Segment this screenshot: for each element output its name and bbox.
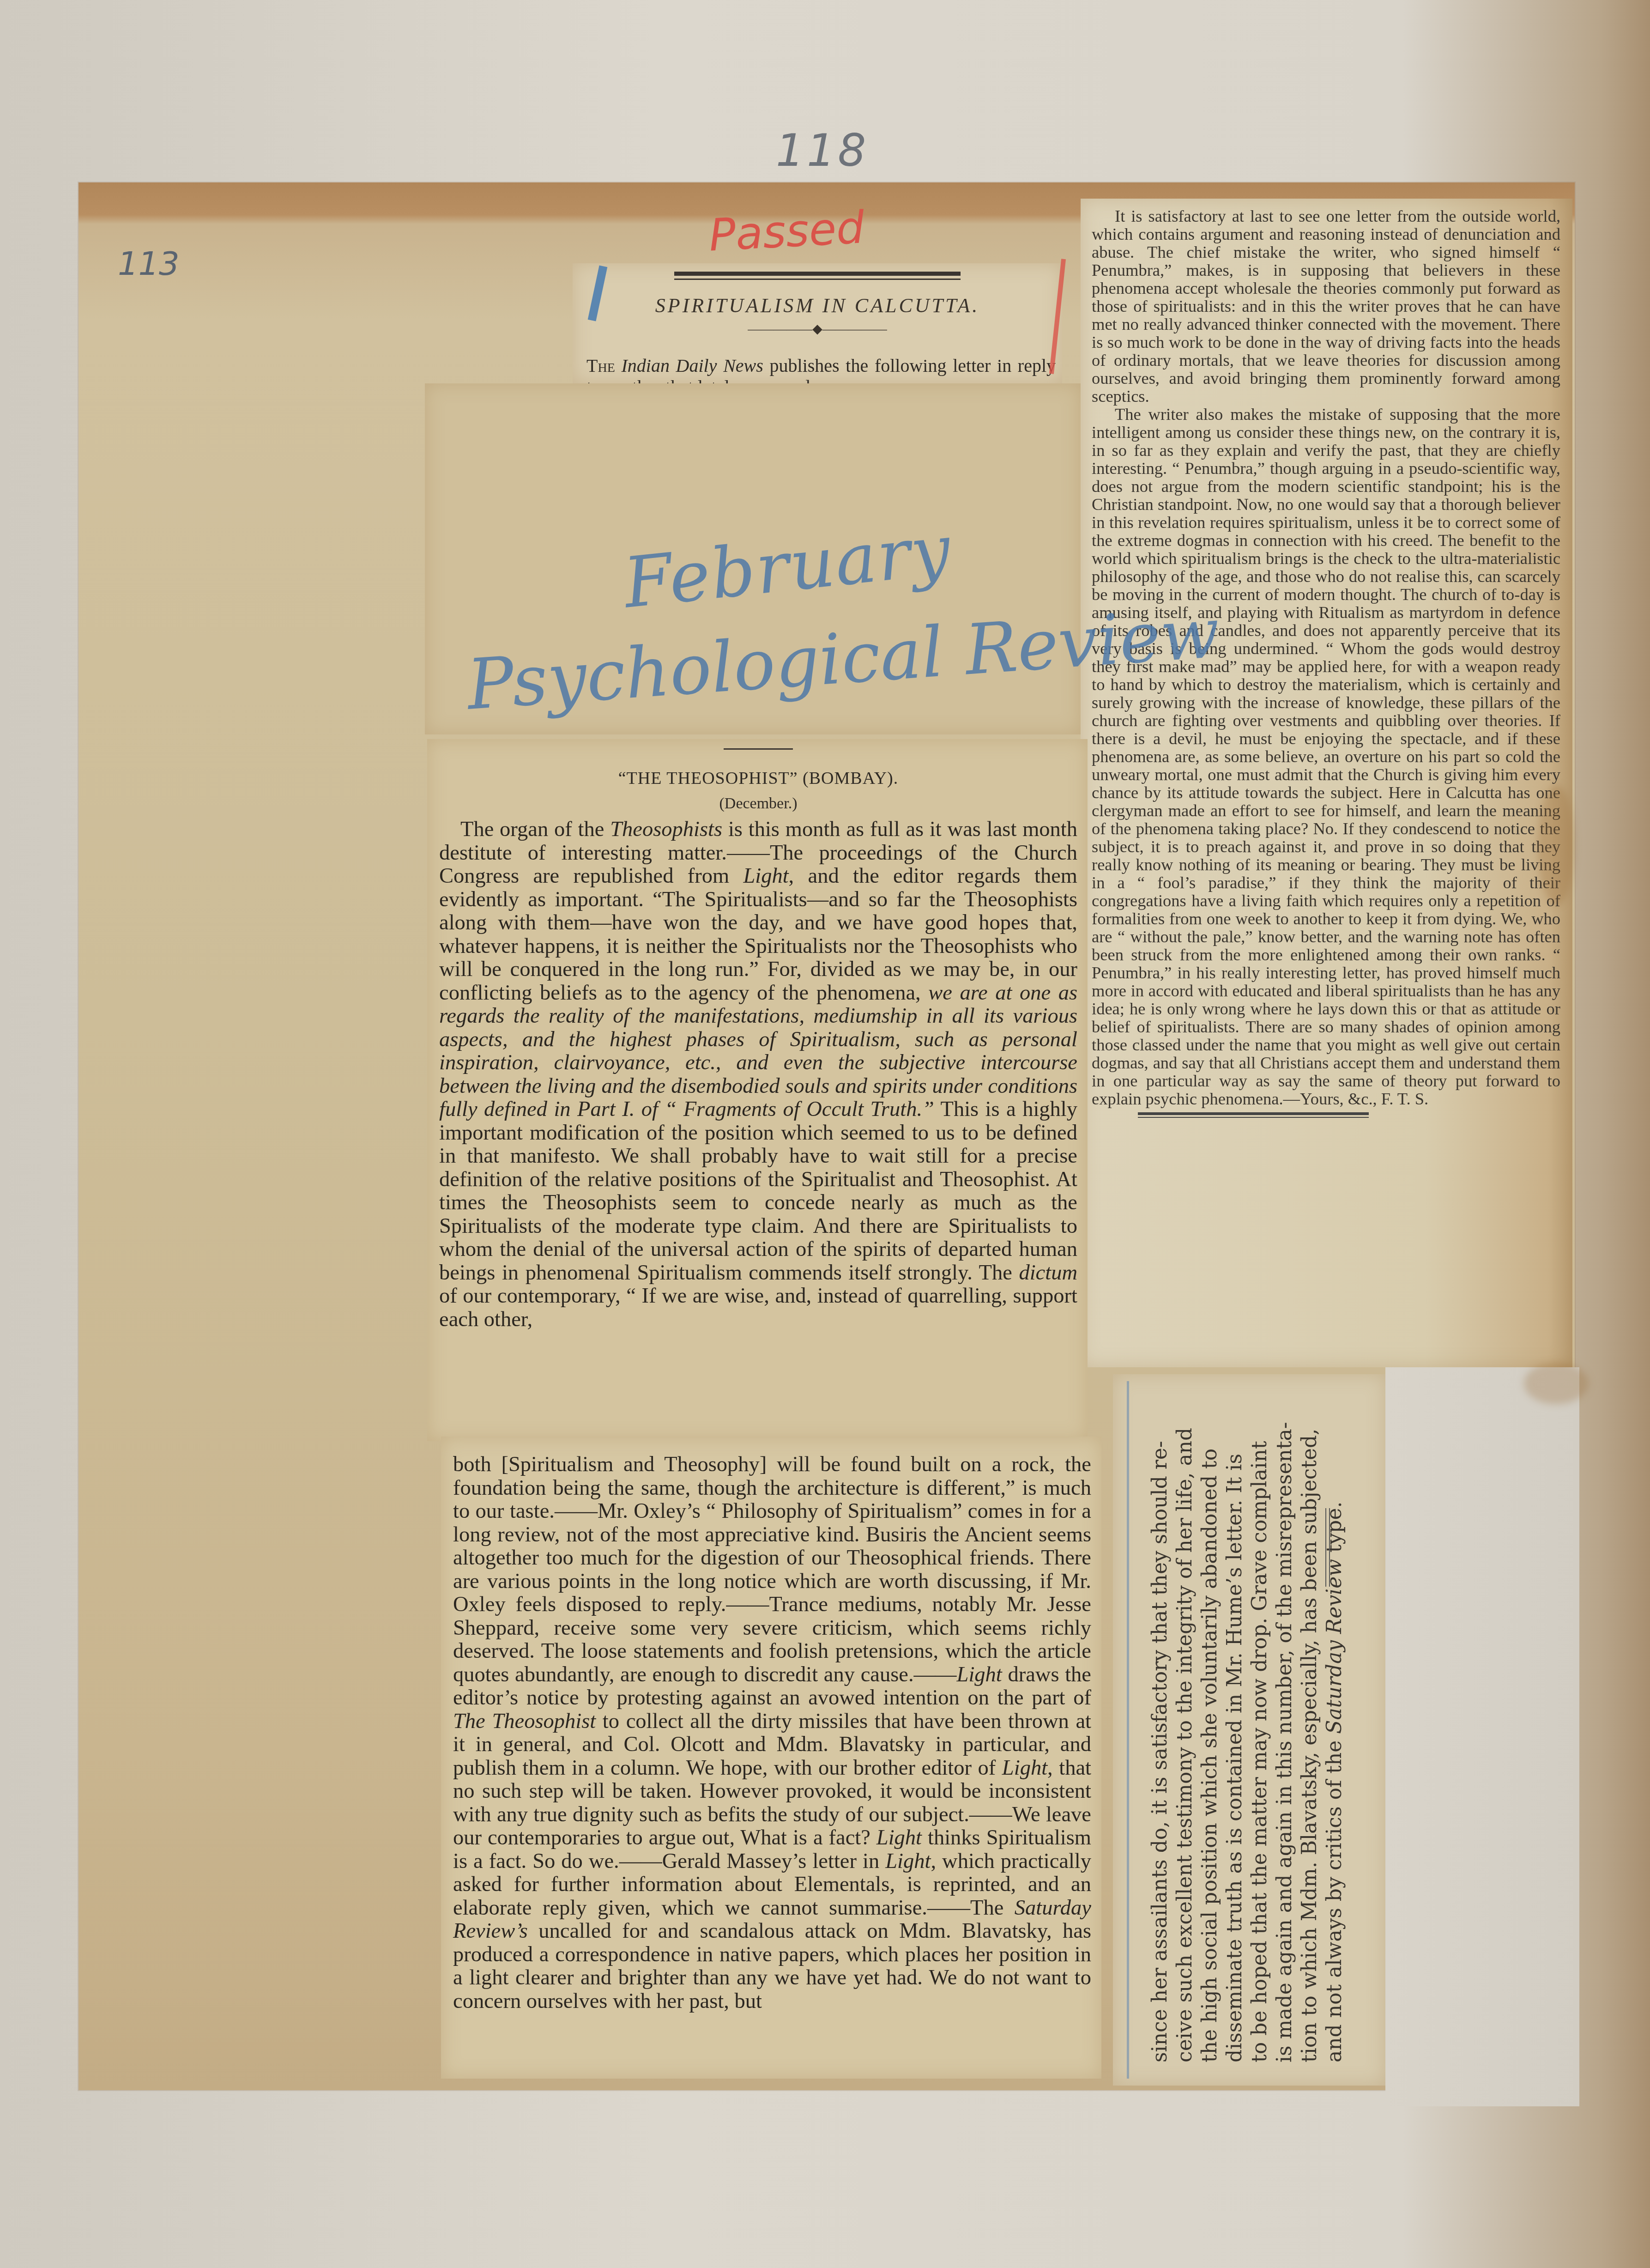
water-stain [1538,785,1575,905]
intro-source: Indian Daily News [621,355,763,376]
letter-clipping: It is satisfactory at last to see one le… [1081,199,1572,1367]
red-pencil-annotation: Passed [707,201,865,261]
continuation-line: is made again and again in this number, … [1272,1393,1297,2062]
continuation-line: the high social position which she volun… [1197,1393,1222,2062]
end-rule [1325,1508,1330,1587]
header-clipping: SPIRITUALISM IN CALCUTTA. —————◆————— Th… [573,263,1062,383]
continuation-clipping: since her assailants do, it is satisfact… [1113,1374,1385,2086]
article-body-1: The organ of the Theosophists is this mo… [439,818,1077,1331]
header-title: SPIRITUALISM IN CALCUTTA. [573,294,1062,317]
board-notch [1385,1367,1579,2106]
continuation-line: and not always by critics of the Saturda… [1322,1393,1347,2062]
article-title: “THE THEOSOPHIST” (BOMBAY). [439,768,1077,788]
page-number: 118 [776,125,869,176]
continuation-line: tion to which Mdm. Blavatsky, especially… [1297,1393,1322,2062]
article-clipping-2: both [Spiritualism and Theosophy] will b… [441,1437,1101,2079]
article-subtitle: (December.) [439,795,1077,813]
ornament-divider: —————◆————— [573,321,1062,337]
continuation-line: to be hoped that the matter may now drop… [1247,1393,1272,2062]
continuation-line: ceive such excellent testimony to the in… [1173,1393,1197,2062]
article-clipping-1: “THE THEOSOPHIST” (BOMBAY). (December.) … [427,739,1088,1441]
intro-the: The [586,355,615,376]
article-body-2: both [Spiritualism and Theosophy] will b… [453,1453,1091,2013]
water-stain [1524,1363,1589,1404]
letter-paragraph: It is satisfactory at last to see one le… [1092,207,1560,405]
continuation-line: disseminate truth as is contained in Mr.… [1222,1393,1247,2062]
section-rule [724,748,793,750]
letter-paragraph: The writer also makes the mistake of sup… [1092,405,1560,1108]
continuation-line: since her assailants do, it is satisfact… [1148,1393,1173,2062]
mount-number: 113 [118,245,180,283]
blue-pencil-bracket [1127,1381,1134,2079]
end-rule [1138,1112,1369,1118]
double-rule [674,272,961,280]
rotated-text: since her assailants do, it is satisfact… [1148,1393,1347,2062]
